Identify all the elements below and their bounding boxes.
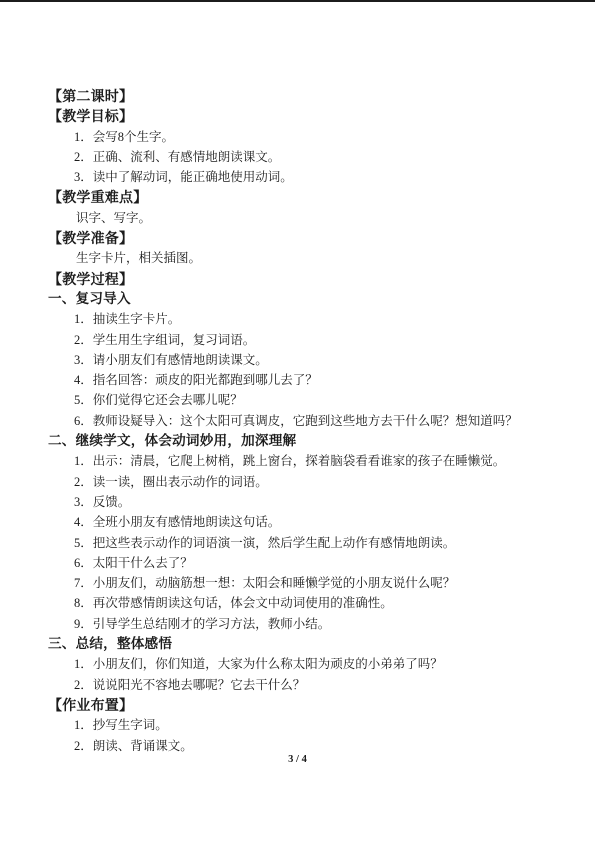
document-body: 【第二课时】【教学目标】1．会写8个生字。2．正确、流利、有感情地朗读课文。3．… [48, 86, 555, 756]
numbered-item: 7．小朋友们，动脑筋想一想：太阳会和睡懒学觉的小朋友说什么呢？ [48, 573, 555, 593]
bracket-heading: 【教学过程】 [48, 269, 555, 289]
numbered-item: 2．说说阳光不容地去哪呢？它去干什么？ [48, 675, 555, 695]
numbered-item: 6．教师设疑导入：这个太阳可真调皮，它跑到这些地方去干什么呢？想知道吗？ [48, 411, 555, 431]
numbered-item: 2．正确、流利、有感情地朗读课文。 [48, 147, 555, 167]
paragraph: 识字、写字。 [48, 208, 555, 228]
numbered-item: 6．太阳干什么去了？ [48, 553, 555, 573]
numbered-item: 2．朗读、背诵课文。 [48, 736, 555, 756]
bracket-heading: 【教学目标】 [48, 106, 555, 126]
bracket-heading: 【作业布置】 [48, 695, 555, 715]
bracket-heading: 【第二课时】 [48, 86, 555, 106]
numbered-item: 8．再次带感情朗读这句话，体会文中动词使用的准确性。 [48, 593, 555, 613]
numbered-item: 4．指名回答：顽皮的阳光都跑到哪儿去了？ [48, 370, 555, 390]
bracket-heading: 【教学准备】 [48, 228, 555, 248]
numbered-item: 1．抄写生字词。 [48, 715, 555, 735]
numbered-item: 5．你们觉得它还会去哪儿呢？ [48, 390, 555, 410]
numbered-item: 5．把这些表示动作的词语演一演，然后学生配上动作有感情地朗读。 [48, 533, 555, 553]
section-heading: 三、总结，整体感悟 [48, 634, 555, 654]
numbered-item: 2．学生用生字组词，复习词语。 [48, 330, 555, 350]
section-heading: 一、复习导入 [48, 289, 555, 309]
section-heading: 二、继续学文，体会动词妙用，加深理解 [48, 431, 555, 451]
numbered-item: 1．出示：清晨，它爬上树梢，跳上窗台，探着脑袋看看谁家的孩子在睡懒觉。 [48, 451, 555, 471]
bracket-heading: 【教学重难点】 [48, 187, 555, 207]
numbered-item: 1．抽读生字卡片。 [48, 309, 555, 329]
page-top-border [0, 0, 595, 2]
numbered-item: 9．引导学生总结刚才的学习方法，教师小结。 [48, 614, 555, 634]
numbered-item: 1．小朋友们，你们知道，大家为什么称太阳为顽皮的小弟弟了吗？ [48, 654, 555, 674]
numbered-item: 1．会写8个生字。 [48, 127, 555, 147]
page-number: 3 / 4 [0, 754, 595, 765]
paragraph: 生字卡片，相关插图。 [48, 248, 555, 268]
numbered-item: 3．读中了解动词，能正确地使用动词。 [48, 167, 555, 187]
numbered-item: 3．请小朋友们有感情地朗读课文。 [48, 350, 555, 370]
numbered-item: 2．读一读，圈出表示动作的词语。 [48, 472, 555, 492]
numbered-item: 4．全班小朋友有感情地朗读这句话。 [48, 512, 555, 532]
numbered-item: 3．反馈。 [48, 492, 555, 512]
